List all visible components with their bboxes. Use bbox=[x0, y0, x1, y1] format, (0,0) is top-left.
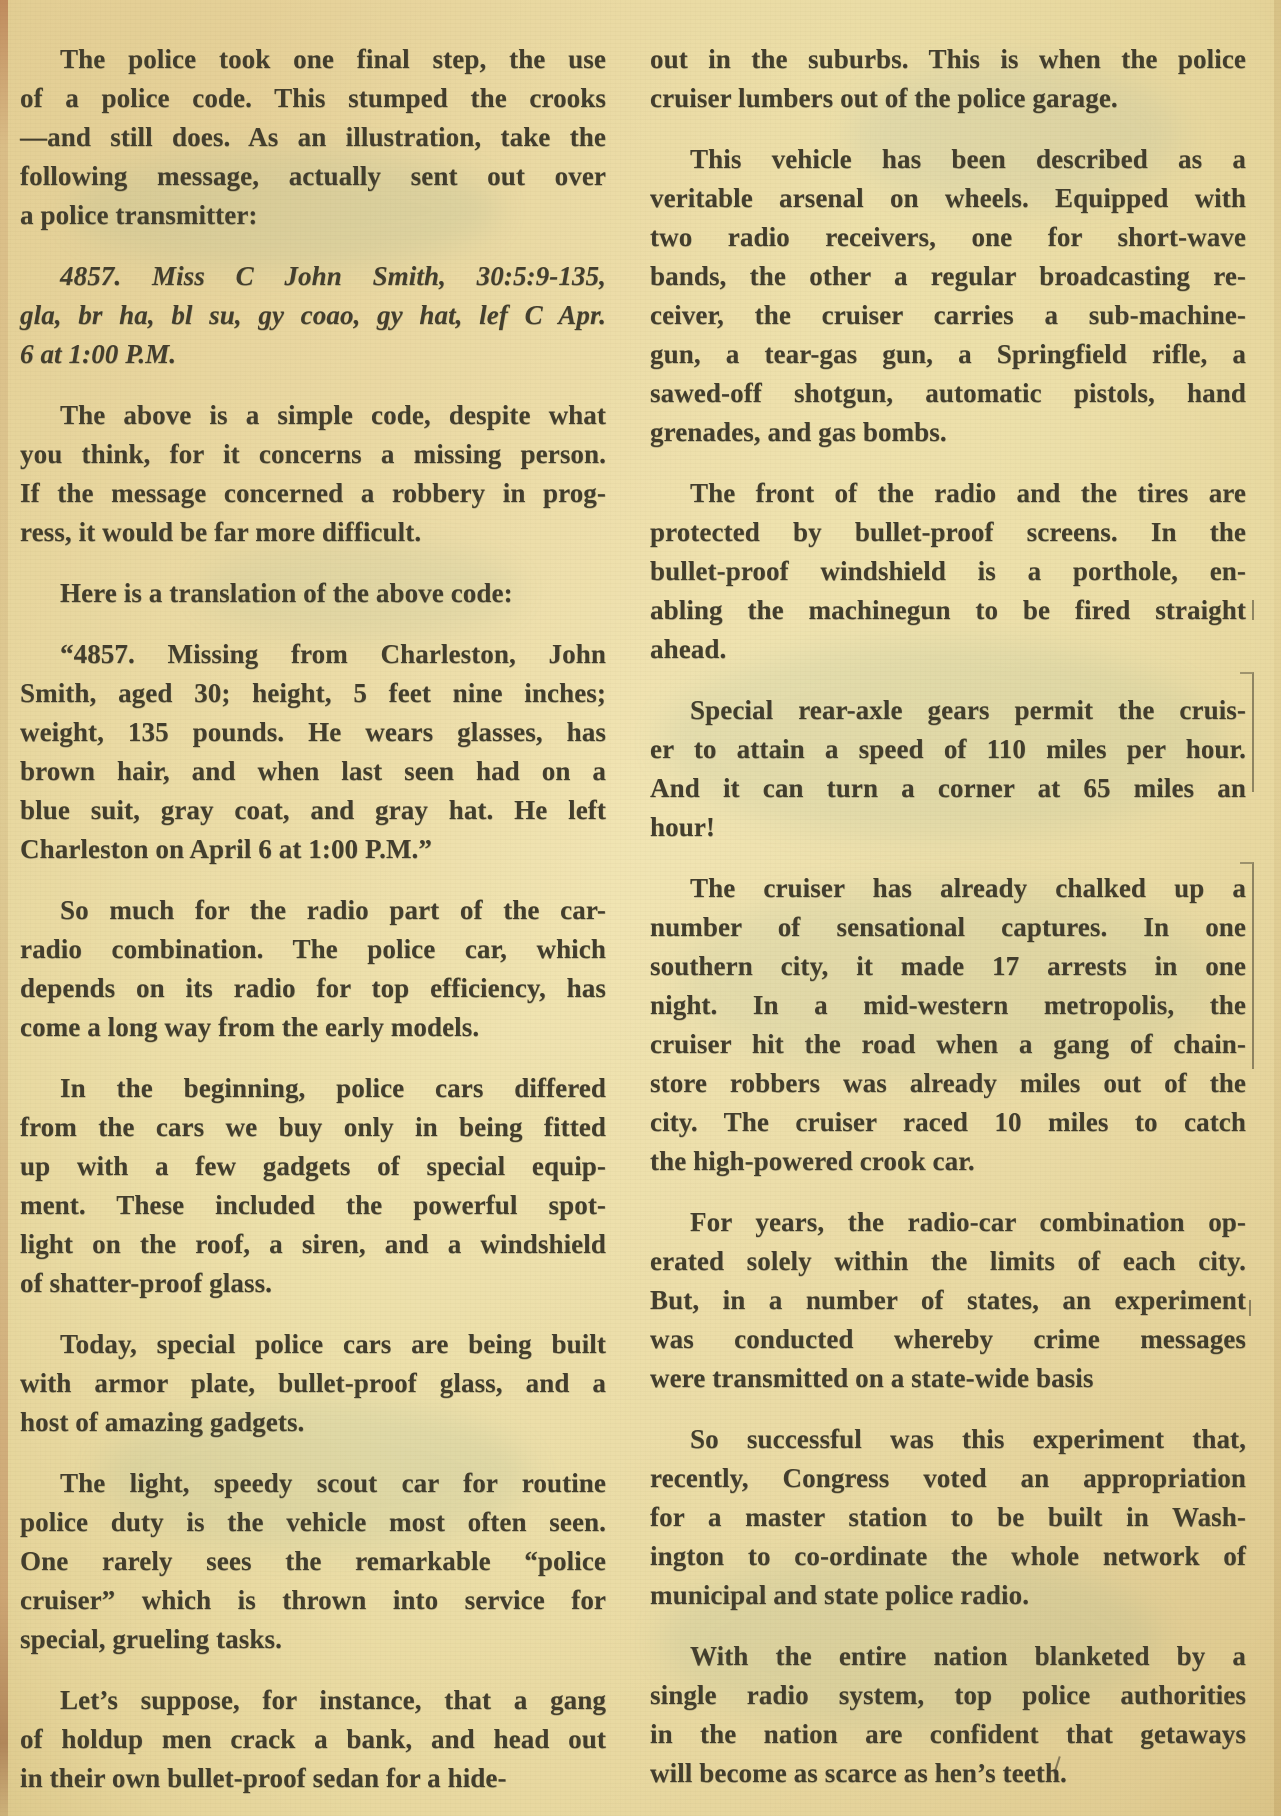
text-line: of shatter-proof glass. bbox=[20, 1264, 606, 1303]
text-line: So much for the radio part of the car- bbox=[20, 891, 606, 930]
text-line: in their own bullet-proof sedan for a hi… bbox=[20, 1759, 606, 1798]
paragraph: Special rear-axle gears permit the cruis… bbox=[650, 691, 1246, 847]
text-line: protected by bullet-proof screens. In th… bbox=[650, 513, 1246, 552]
text-line: For years, the radio-car combination op- bbox=[650, 1203, 1246, 1242]
text-line: city. The cruiser raced 10 miles to catc… bbox=[650, 1103, 1246, 1142]
paragraph: The above is a simple code, despite what… bbox=[20, 396, 606, 552]
text-line: the high-powered crook car. bbox=[650, 1142, 1246, 1181]
text-line: will become as scarce as hen’s teeth. bbox=[650, 1754, 1246, 1793]
paragraph: In the beginning, police cars differedfr… bbox=[20, 1069, 606, 1303]
text-line: abling the machinegun to be fired straig… bbox=[650, 591, 1246, 630]
text-line: night. In a mid-western metropolis, the bbox=[650, 986, 1246, 1025]
text-line: 4857. Miss C John Smith, 30:5:9-135, bbox=[20, 257, 606, 296]
text-line: So successful was this experiment that, bbox=[650, 1420, 1246, 1459]
text-line: ington to co-ordinate the whole network … bbox=[650, 1537, 1246, 1576]
text-line: Today, special police cars are being bui… bbox=[20, 1325, 606, 1364]
text-line: of a police code. This stumped the crook… bbox=[20, 79, 606, 118]
text-line: In the beginning, police cars differed bbox=[20, 1069, 606, 1108]
text-line: come a long way from the early models. bbox=[20, 1008, 606, 1047]
text-line: with armor plate, bullet-proof glass, an… bbox=[20, 1364, 606, 1403]
text-line: 6 at 1:00 P.M. bbox=[20, 335, 606, 374]
text-line: gun, a tear-gas gun, a Springfield rifle… bbox=[650, 335, 1246, 374]
text-line: blue suit, gray coat, and gray hat. He l… bbox=[20, 791, 606, 830]
paragraph: This vehicle has been described as averi… bbox=[650, 140, 1246, 452]
text-line: single radio system, top police authorit… bbox=[650, 1676, 1246, 1715]
text-line: store robbers was already miles out of t… bbox=[650, 1064, 1246, 1103]
text-line: cruiser hit the road when a gang of chai… bbox=[650, 1025, 1246, 1064]
paragraph: Today, special police cars are being bui… bbox=[20, 1325, 606, 1442]
text-line: number of sensational captures. In one bbox=[650, 908, 1246, 947]
text-line: Let’s suppose, for instance, that a gang bbox=[20, 1681, 606, 1720]
text-line: And it can turn a corner at 65 miles an bbox=[650, 769, 1246, 808]
scanned-page: The police took one final step, the useo… bbox=[0, 0, 1281, 1816]
paragraph: The front of the radio and the tires are… bbox=[650, 474, 1246, 669]
text-line: Charleston on April 6 at 1:00 P.M.” bbox=[20, 830, 606, 869]
text-line: were transmitted on a state-wide basis bbox=[650, 1359, 1246, 1398]
text-line: out in the suburbs. This is when the pol… bbox=[650, 40, 1246, 79]
text-line: The light, speedy scout car for routine bbox=[20, 1464, 606, 1503]
text-line: The front of the radio and the tires are bbox=[650, 474, 1246, 513]
text-line: recently, Congress voted an appropriatio… bbox=[650, 1459, 1246, 1498]
paragraph: Here is a translation of the above code: bbox=[20, 574, 606, 613]
text-line: sawed-off shotgun, automatic pistols, ha… bbox=[650, 374, 1246, 413]
paragraph: The police took one final step, the useo… bbox=[20, 40, 606, 235]
paragraph: With the entire nation blanketed by asin… bbox=[650, 1637, 1246, 1793]
text-line: municipal and state police radio. bbox=[650, 1576, 1246, 1615]
text-line: veritable arsenal on wheels. Equipped wi… bbox=[650, 179, 1246, 218]
text-line: This vehicle has been described as a bbox=[650, 140, 1246, 179]
text-line: er to attain a speed of 110 miles per ho… bbox=[650, 730, 1246, 769]
paragraph: out in the suburbs. This is when the pol… bbox=[650, 40, 1246, 118]
scan-edge-left bbox=[0, 0, 8, 1816]
text-line: depends on its radio for top efficiency,… bbox=[20, 969, 606, 1008]
text-line: gla, br ha, bl su, gy coao, gy hat, lef … bbox=[20, 296, 606, 335]
text-line: following message, actually sent out ove… bbox=[20, 157, 606, 196]
paragraph: 4857. Miss C John Smith, 30:5:9-135,gla,… bbox=[20, 257, 606, 374]
text-line: “4857. Missing from Charleston, John bbox=[20, 635, 606, 674]
text-line: ment. These included the powerful spot- bbox=[20, 1186, 606, 1225]
text-line: was conducted whereby crime messages bbox=[650, 1320, 1246, 1359]
paragraph: So successful was this experiment that,r… bbox=[650, 1420, 1246, 1615]
paragraph: The light, speedy scout car for routinep… bbox=[20, 1464, 606, 1659]
print-artifact-dash bbox=[1248, 600, 1254, 620]
text-line: But, in a number of states, an experimen… bbox=[650, 1281, 1246, 1320]
text-line: Here is a translation of the above code: bbox=[20, 574, 606, 613]
text-line: erated solely within the limits of each … bbox=[650, 1242, 1246, 1281]
text-column-right: out in the suburbs. This is when the pol… bbox=[650, 40, 1246, 1793]
text-line: One rarely sees the remarkable “police bbox=[20, 1542, 606, 1581]
paragraph: So much for the radio part of the car-ra… bbox=[20, 891, 606, 1047]
text-line: The police took one final step, the use bbox=[20, 40, 606, 79]
text-line: a police transmitter: bbox=[20, 196, 606, 235]
text-line: hour! bbox=[650, 808, 1246, 847]
text-line: police duty is the vehicle most often se… bbox=[20, 1503, 606, 1542]
text-line: host of amazing gadgets. bbox=[20, 1403, 606, 1442]
scan-edge-right bbox=[1274, 0, 1281, 1816]
text-line: ahead. bbox=[650, 630, 1246, 669]
text-line: weight, 135 pounds. He wears glasses, ha… bbox=[20, 713, 606, 752]
text-line: bullet-proof windshield is a porthole, e… bbox=[650, 552, 1246, 591]
text-line: cruiser lumbers out of the police garage… bbox=[650, 79, 1246, 118]
text-line: ress, it would be far more difficult. bbox=[20, 513, 606, 552]
text-line: With the entire nation blanketed by a bbox=[650, 1637, 1246, 1676]
text-line: If the message concerned a robbery in pr… bbox=[20, 474, 606, 513]
text-line: two radio receivers, one for short-wave bbox=[650, 218, 1246, 257]
text-line: —and still does. As an illustration, tak… bbox=[20, 118, 606, 157]
text-line: The cruiser has already chalked up a bbox=[650, 869, 1246, 908]
text-line: up with a few gadgets of special equip- bbox=[20, 1147, 606, 1186]
text-line: brown hair, and when last seen had on a bbox=[20, 752, 606, 791]
text-line: for a master station to be built in Wash… bbox=[650, 1498, 1246, 1537]
print-artifact-dash bbox=[1246, 1300, 1251, 1316]
paragraph: For years, the radio-car combination op-… bbox=[650, 1203, 1246, 1398]
text-line: special, grueling tasks. bbox=[20, 1620, 606, 1659]
text-line: light on the roof, a siren, and a windsh… bbox=[20, 1225, 606, 1264]
text-line: grenades, and gas bombs. bbox=[650, 413, 1246, 452]
text-line: Smith, aged 30; height, 5 feet nine inch… bbox=[20, 674, 606, 713]
text-line: in the nation are confident that getaway… bbox=[650, 1715, 1246, 1754]
text-line: bands, the other a regular broadcasting … bbox=[650, 257, 1246, 296]
text-column-left: The police took one final step, the useo… bbox=[20, 40, 606, 1798]
paragraph: “4857. Missing from Charleston, JohnSmit… bbox=[20, 635, 606, 869]
text-line: radio combination. The police car, which bbox=[20, 930, 606, 969]
text-line: The above is a simple code, despite what bbox=[20, 396, 606, 435]
paragraph: Let’s suppose, for instance, that a gang… bbox=[20, 1681, 606, 1798]
paragraph: The cruiser has already chalked up anumb… bbox=[650, 869, 1246, 1181]
text-line: ceiver, the cruiser carries a sub-machin… bbox=[650, 296, 1246, 335]
text-line: of holdup men crack a bank, and head out bbox=[20, 1720, 606, 1759]
text-line: you think, for it concerns a missing per… bbox=[20, 435, 606, 474]
text-line: southern city, it made 17 arrests in one bbox=[650, 947, 1246, 986]
text-line: Special rear-axle gears permit the cruis… bbox=[650, 691, 1246, 730]
text-line: from the cars we buy only in being fitte… bbox=[20, 1108, 606, 1147]
text-line: cruiser” which is thrown into service fo… bbox=[20, 1581, 606, 1620]
